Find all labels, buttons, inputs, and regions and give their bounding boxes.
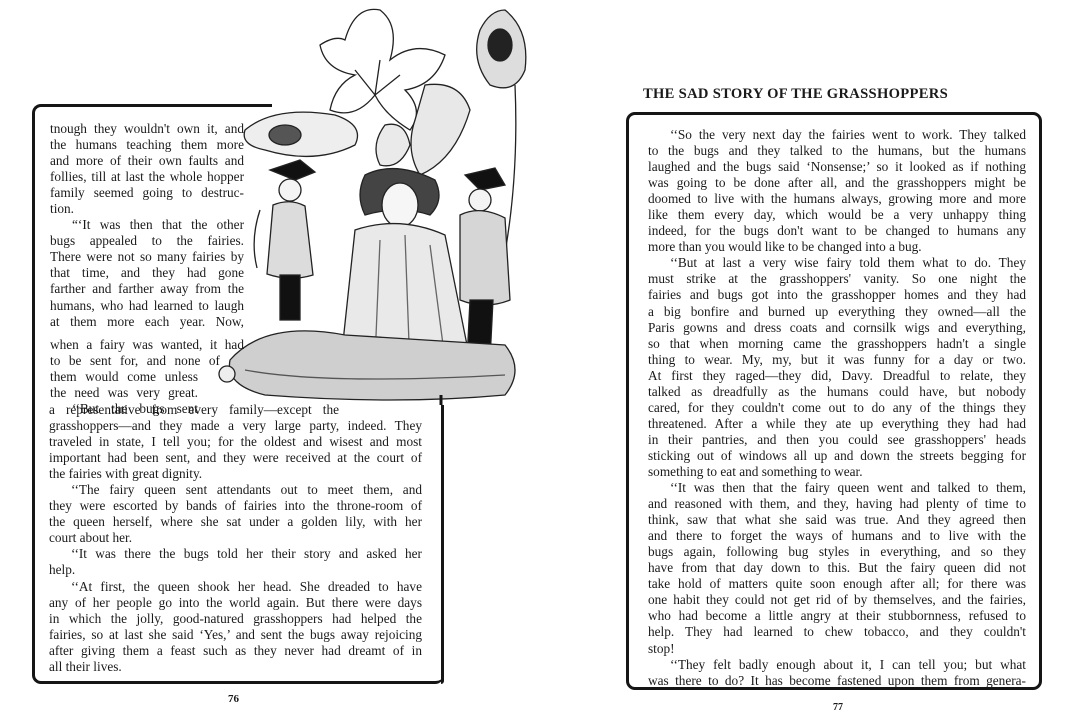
text-line: tion.: [50, 201, 244, 217]
text-line: and there to forget the ways of humans a…: [648, 528, 1026, 544]
left-page-border-right: [441, 405, 444, 684]
text-line: must strike at the grasshoppers' vanity.…: [648, 271, 1026, 287]
text-line: the need was very great.: [50, 385, 198, 401]
right-page-text: ‘‘So the very next day the fairies went …: [648, 127, 1026, 689]
text-line: was there to do? It has become fastened …: [648, 673, 1026, 689]
text-line: ‘‘At first, the queen shook her head. Sh…: [49, 579, 422, 595]
text-line: sticking out of windows all up and down …: [648, 448, 1026, 464]
text-line: threatened. After a while they ate up ev…: [648, 416, 1026, 432]
text-line: take hold of matters quite soon enough a…: [648, 576, 1026, 592]
text-line: thing to wear. My, my, but it was funny …: [648, 352, 1026, 368]
page-number: 77: [833, 702, 843, 713]
right-page: THE SAD STORY OF THE GRASSHOPPERS ‘‘So t…: [536, 0, 1073, 718]
text-line: “‘It was then that the other: [50, 217, 244, 233]
text-line: ‘‘So the very next day the fairies went …: [648, 127, 1026, 143]
text-line: fairies, so at last she said ‘Yes,’ and …: [49, 627, 422, 643]
text-line: one habit they could not get rid of by t…: [648, 592, 1026, 608]
text-line: and reasoned with them, and they, having…: [648, 496, 1026, 512]
text-line: court about her.: [49, 530, 422, 546]
text-line: like them every day, which would be a ve…: [648, 207, 1026, 223]
text-line: the queen herself, where she sat under a…: [49, 514, 422, 530]
text-line: family seemed going to destruc-: [50, 185, 244, 201]
text-line: help.: [49, 562, 422, 578]
text-line: Paris gowns and dress coats and cornsilk…: [648, 320, 1026, 336]
text-line: and more of their own faults and: [50, 153, 244, 169]
text-line: to be sent for, and none of: [50, 353, 220, 369]
text-line: ‘‘It was there the bugs told her their s…: [49, 546, 422, 562]
text-line: help. They had learned to chew tobacco, …: [648, 624, 1026, 640]
text-line: humans, who had learned to laugh: [50, 298, 244, 314]
text-line: ‘‘The fairy queen sent attendants out to…: [49, 482, 422, 498]
text-line: in their pantries, and then you could se…: [648, 432, 1026, 448]
left-page-text-wide: a representative from every family—excep…: [49, 402, 422, 675]
text-line: any of her people go into the world agai…: [49, 595, 422, 611]
text-line: cared, for they couldn't come out to do …: [648, 400, 1026, 416]
text-line: At first they raged—they did, Davy. Drea…: [648, 368, 1026, 384]
text-line: when a fairy was wanted, it had: [50, 337, 244, 353]
text-line: follies, till at last the whole hopper: [50, 169, 244, 185]
text-line: farther and farther away from the: [50, 281, 244, 297]
text-line: ‘‘It was then that the fairy queen went …: [648, 480, 1026, 496]
text-line: grasshoppers—and they made a very large …: [49, 418, 422, 434]
fairy-queen-illustration: [205, 0, 540, 405]
text-line: think, saw that what she said was true. …: [648, 512, 1026, 528]
left-page-text-narrow: tnough they wouldn't own it, and the hum…: [50, 121, 244, 330]
text-line: a big bonfire and burned up everything t…: [648, 304, 1026, 320]
text-line: fairies and bugs got into the grasshoppe…: [648, 287, 1026, 303]
text-line: so that when morning came the grasshoppe…: [648, 336, 1026, 352]
text-line: at them more each year. Now,: [50, 314, 244, 330]
text-line: after giving them a feast such as they n…: [49, 643, 422, 659]
text-line: more than you would like to be changed i…: [648, 239, 1026, 255]
text-line: ‘‘But at last a very wise fairy told the…: [648, 255, 1026, 271]
text-line: traveled in state, I tell you; for the o…: [49, 434, 422, 450]
text-line: in which the jolly, good-natured grassho…: [49, 611, 422, 627]
left-page: tnough they wouldn't own it, and the hum…: [0, 0, 536, 718]
text-line: a representative from every family—excep…: [49, 402, 339, 418]
text-line: doomed to live with the humans always, g…: [648, 191, 1026, 207]
text-line: laughed and the bugs said ‘Nonsense;’ so…: [648, 159, 1026, 175]
text-line: bugs again, following bug styles in ever…: [648, 544, 1026, 560]
text-line: something to eat and something to wear.: [648, 464, 1026, 480]
text-line: the humans teaching them more: [50, 137, 244, 153]
running-title: THE SAD STORY OF THE GRASSHOPPERS: [643, 86, 948, 103]
text-line: they were escorted by bands of fairies i…: [49, 498, 422, 514]
text-line: the fairies with great dignity.: [49, 466, 422, 482]
text-line: all their lives.: [49, 659, 422, 675]
text-line: ‘‘They felt badly enough about it, I can…: [648, 657, 1026, 673]
text-line: have from that day down to this. But the…: [648, 560, 1026, 576]
text-line: who had become a little angry at their s…: [648, 608, 1026, 624]
text-line: stop!: [648, 641, 1026, 657]
text-line: tnough they wouldn't own it, and: [50, 121, 244, 137]
text-line: important had been sent, and they were r…: [49, 450, 422, 466]
text-line: that time, and they had gone: [50, 265, 244, 281]
text-line: them would come unless: [50, 369, 198, 385]
page-number: 76: [228, 693, 239, 705]
text-line: There were not so many fairies by: [50, 249, 244, 265]
text-line: talked as dreadfully as the humans could…: [648, 384, 1026, 400]
text-line: indeed, for the bugs don't want to be ch…: [648, 223, 1026, 239]
text-line: was going to be done after all, and the …: [648, 175, 1026, 191]
text-line: to the bugs and they talked to the human…: [648, 143, 1026, 159]
text-line: bugs appealed to the fairies.: [50, 233, 244, 249]
